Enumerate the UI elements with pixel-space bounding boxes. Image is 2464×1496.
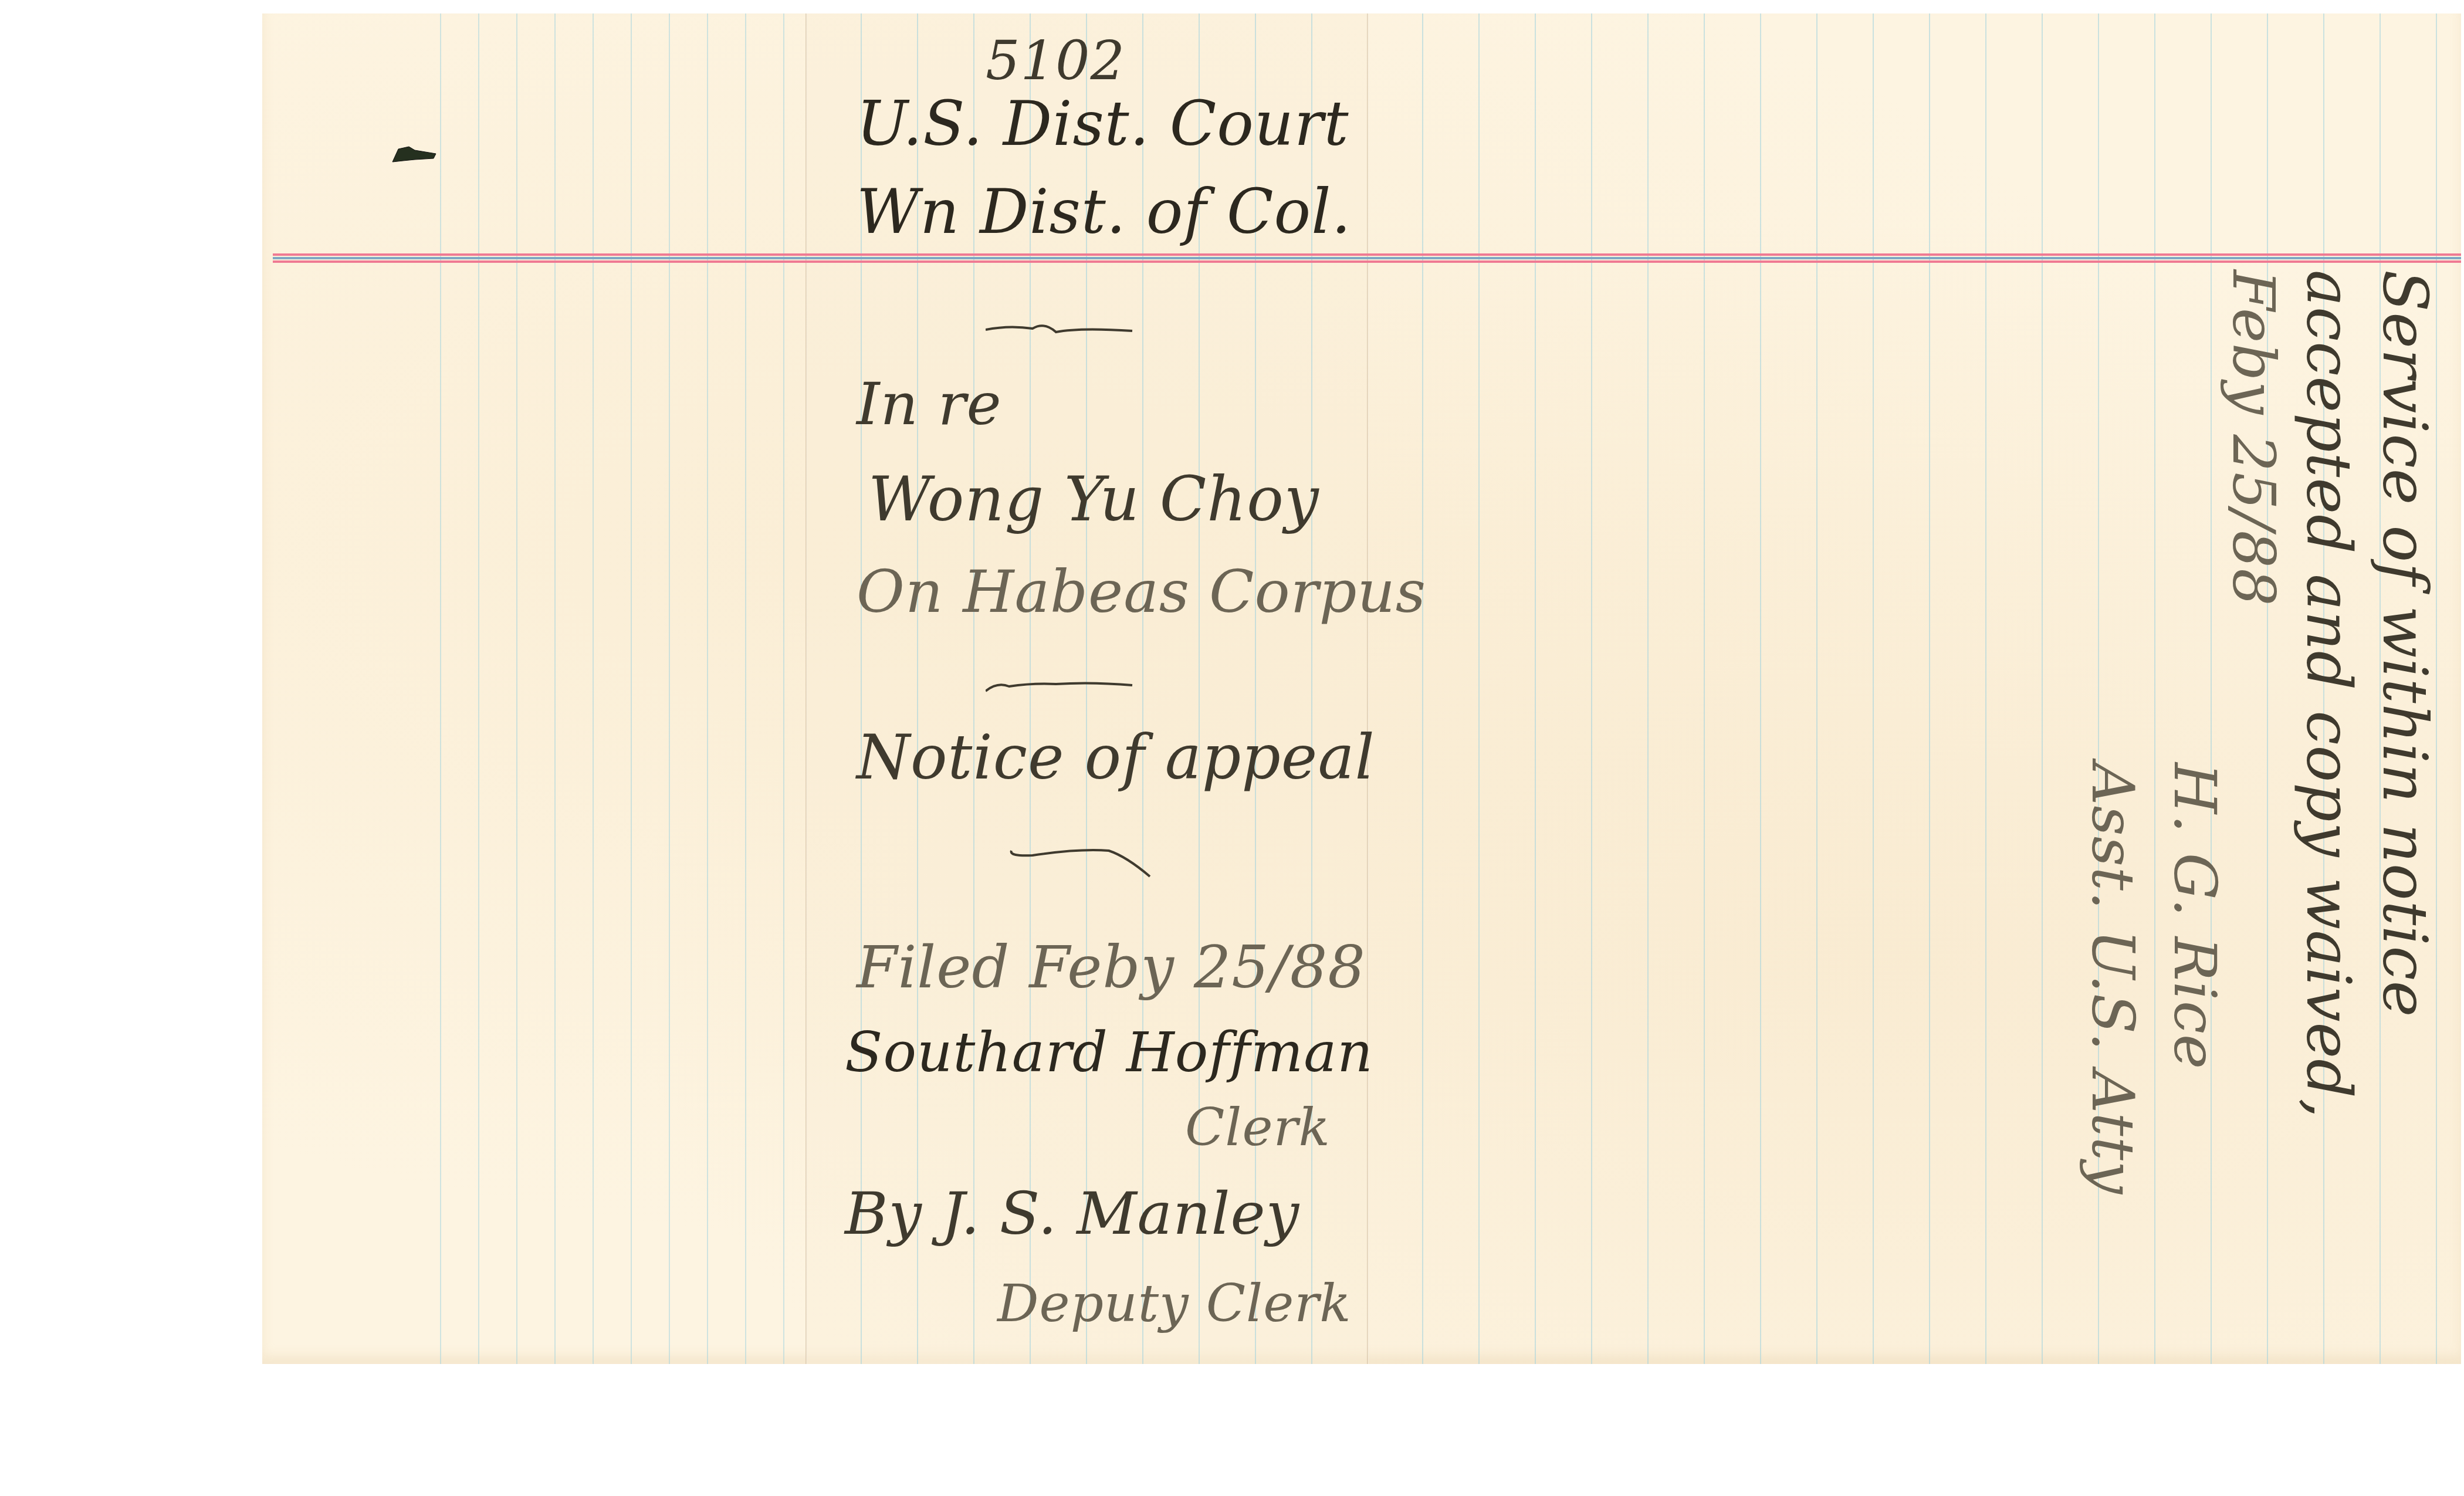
party-name: Wong Yu Choy: [868, 463, 1319, 535]
clerk-title: Clerk: [1185, 1097, 1331, 1157]
in-re-label: In re: [857, 370, 1002, 438]
left-panel: [262, 13, 805, 1364]
endorsement-line-2: accepted and copy waived,: [2293, 270, 2364, 1119]
case-number: 5102: [986, 29, 1125, 92]
fold-line: [805, 13, 807, 1364]
filed-date: Filed Feby 25/88: [857, 933, 1366, 1001]
court-district: Wn Dist. of Col.: [857, 176, 1352, 248]
deputy-signature: By J. S. Manley: [845, 1179, 1299, 1248]
attorney-signature: H. G. Rice: [2161, 763, 2229, 1069]
court-name: U.S. Dist. Court: [857, 88, 1349, 160]
deputy-title: Deputy Clerk: [997, 1273, 1352, 1333]
feint-ruling: [403, 13, 805, 1364]
flourish-underline-icon: [1009, 845, 1162, 880]
red-blue-header-rule: [273, 253, 2461, 263]
endorsement-date: Feby 25/88: [2219, 270, 2288, 607]
flourish-divider-icon: [986, 323, 1138, 337]
docket-endorsement: 5102 U.S. Dist. Court Wn Dist. of Col. I…: [833, 29, 1361, 1355]
service-endorsement: Service of within notice accepted and co…: [2018, 270, 2464, 1385]
ink-blot-icon: [391, 145, 438, 163]
attorney-title: Asst. U.S. Atty: [2079, 763, 2147, 1194]
clerk-signature: Southard Hoffman: [845, 1021, 1373, 1085]
flourish-divider-icon: [986, 681, 1138, 695]
fold-line: [1367, 13, 1369, 1364]
proceeding-type: On Habeas Corpus: [857, 557, 1426, 626]
document-title: Notice of appeal: [857, 722, 1375, 793]
endorsement-line-1: Service of within notice: [2369, 270, 2441, 1017]
